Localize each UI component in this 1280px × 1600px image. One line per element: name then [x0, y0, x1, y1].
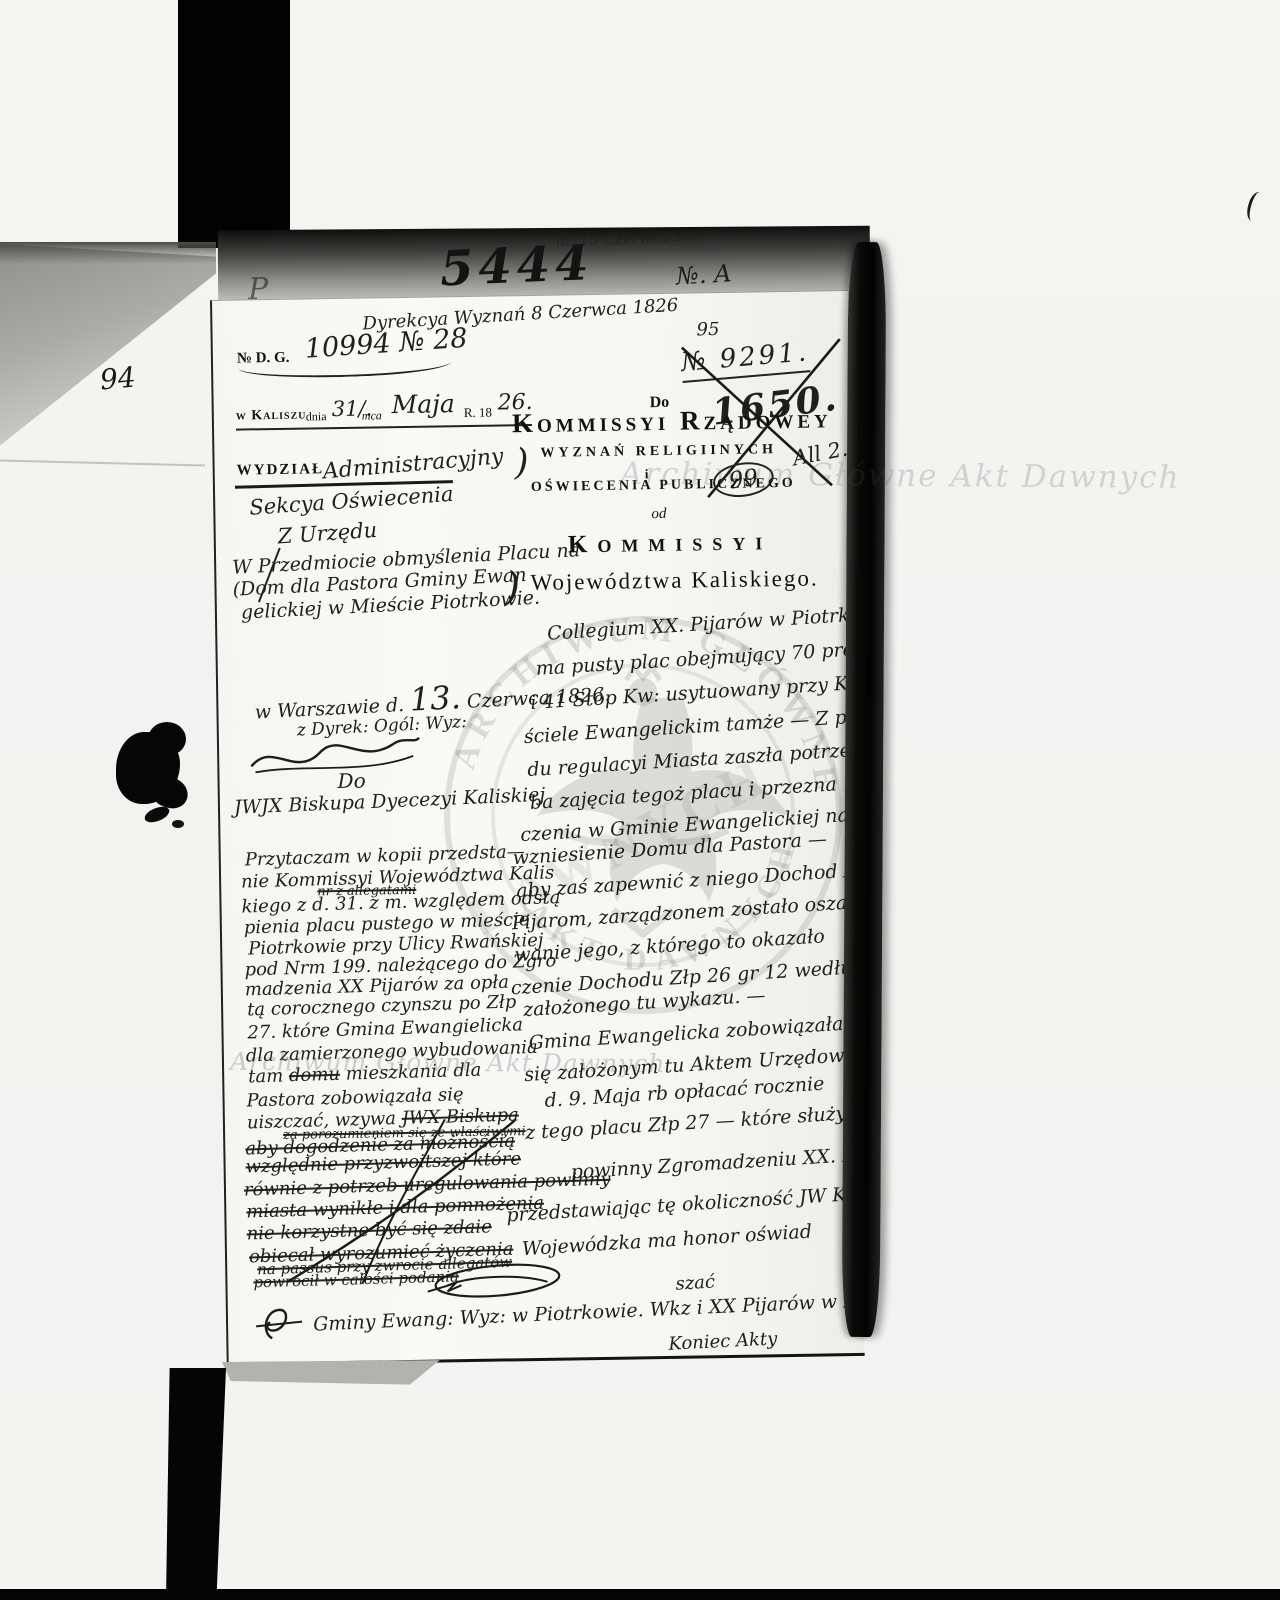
- under-page-bottom-sliver: [222, 1358, 440, 1388]
- ink-blot: [114, 722, 204, 832]
- left-page-shadow: [0, 244, 216, 454]
- from-label: od: [651, 506, 666, 523]
- signature-flourish: [245, 734, 426, 781]
- doc-number-value: 10994 № 28: [304, 323, 469, 365]
- dept-paren: ): [514, 442, 529, 483]
- body-right-line: szać: [675, 1271, 716, 1294]
- oval-scribble: [427, 1260, 568, 1302]
- place-month: Maja: [391, 389, 455, 419]
- place-printed-mca: mca: [362, 408, 382, 423]
- left-page-number: 94: [99, 361, 137, 397]
- addressee-1: Kommissyi Rządowey: [512, 403, 832, 439]
- place-printed-dnia: dnia: [306, 409, 327, 424]
- place-date-line: w Kaliszu dnia 31/. mca Maja R. 18 26.: [235, 390, 532, 431]
- minute-to-label: Do: [337, 769, 365, 793]
- film-band-bottom: [0, 1589, 1280, 1600]
- stray-mark: [1244, 190, 1270, 224]
- archive-emblem-watermark: ARCHIWUM GŁÓWNE AKT DAWNYCH DAWNYCH: [408, 580, 878, 1050]
- under-page-corner-note: №. A: [675, 259, 732, 290]
- footer-line-1: Gminy Ewang: Wyz: w Piotrkowie. Wkz i XX…: [313, 1288, 865, 1335]
- page-crease: [0, 459, 205, 466]
- dept-label: WYDZIAŁ: [237, 461, 325, 479]
- left-page-shadow-top: [0, 242, 216, 264]
- ex-officio: Z Urzędu: [277, 518, 378, 549]
- microfilm-scan: 94 m. 15 Czerwca 18.. P 5444 №. A Dyrekc…: [0, 0, 1280, 1600]
- archive-watermark-text: Archiwum Główne Akt Dawnych: [620, 456, 1220, 496]
- footer-flourish: [254, 1304, 307, 1347]
- place-printed-prefix: w Kaliszu: [236, 408, 307, 425]
- place-printed-r18: R. 18: [464, 405, 492, 421]
- film-strip-bottom-left: [166, 1368, 226, 1600]
- sender-1: Kommissyi: [568, 528, 773, 559]
- footer-line-2: Koniec Akty: [668, 1328, 778, 1354]
- body-right-line: powinny Zgromadzeniu XX. Pijarów: [570, 1140, 865, 1183]
- archive-watermark-text: Archiwum Główne Akt Dawnych: [230, 1047, 666, 1078]
- dept-value: Administracyjny: [322, 444, 504, 484]
- film-bar-top-left: [178, 0, 290, 248]
- under-page-big-number: 5444: [439, 235, 595, 297]
